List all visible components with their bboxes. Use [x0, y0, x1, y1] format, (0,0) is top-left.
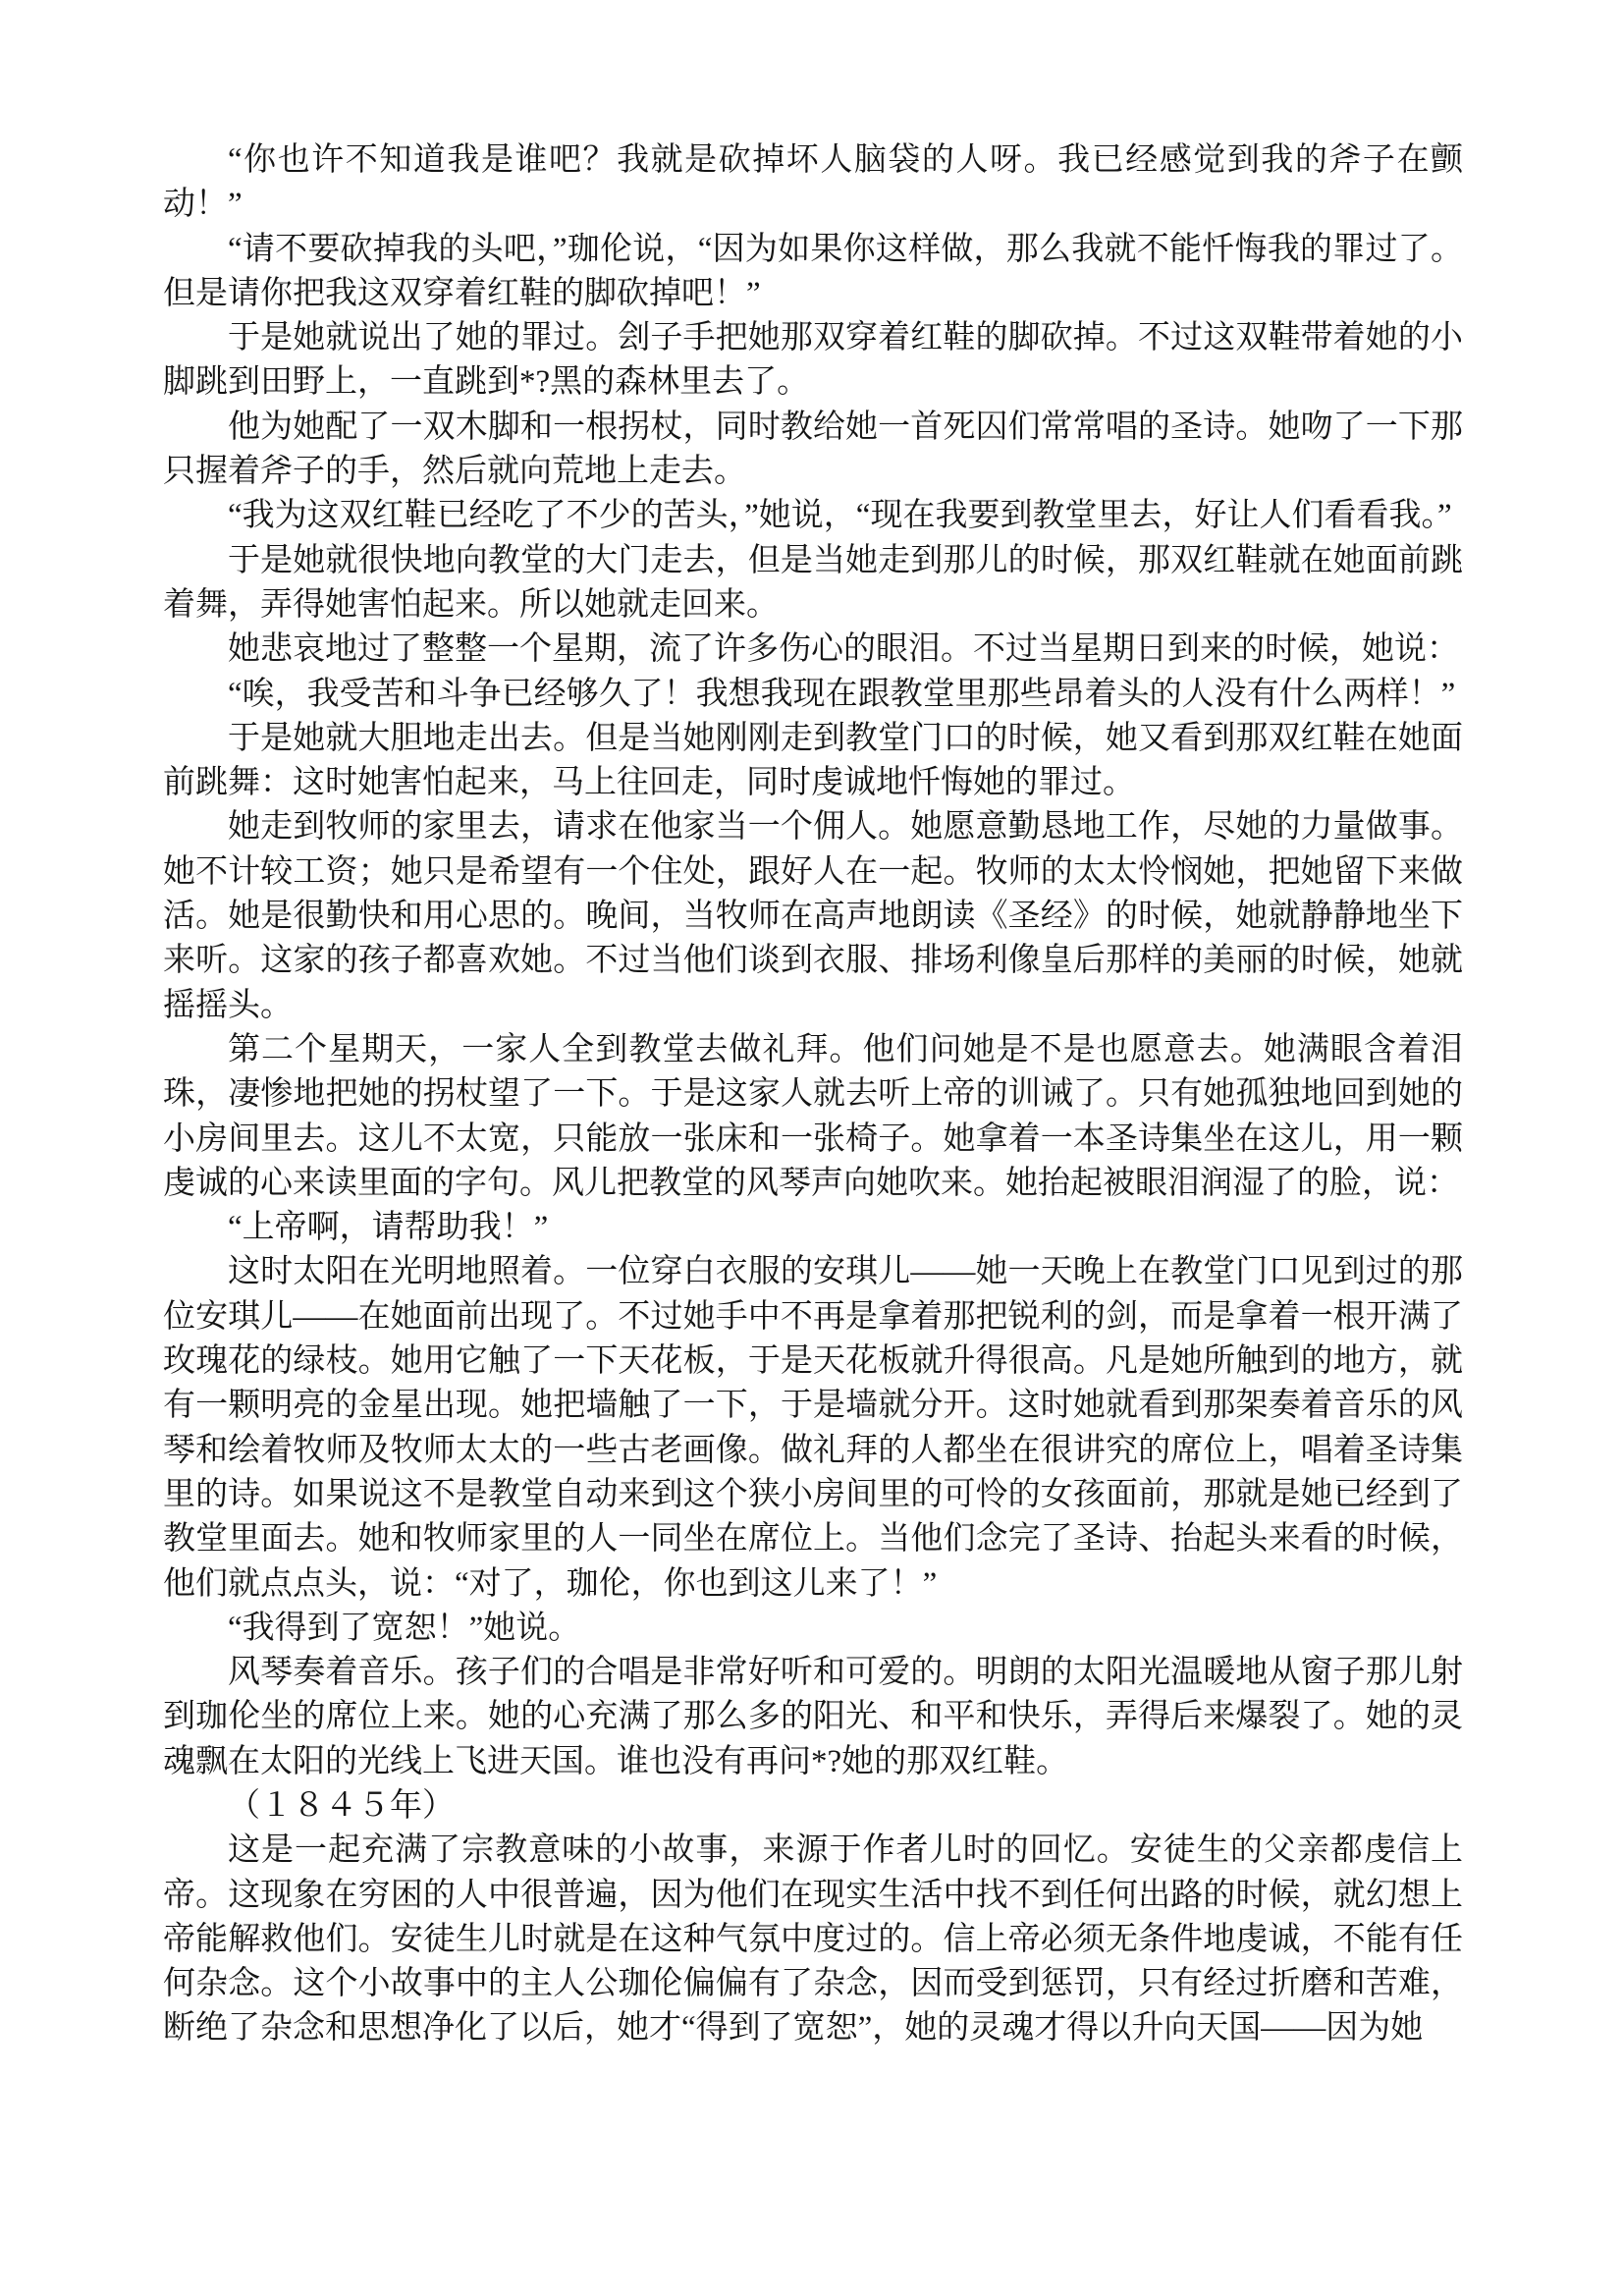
paragraph: “我为这双红鞋已经吃了不少的苦头，”她说，“现在我要到教堂里去，好让人们看看我。…: [163, 494, 1463, 538]
document-page: “你也许不知道我是谁吧？我就是砍掉坏人脑袋的人呀。我已经感觉到我的斧子在颤动！”…: [0, 0, 1623, 2296]
paragraph: 她走到牧师的家里去，请求在他家当一个佣人。她愿意勤恳地工作，尽她的力量做事。她不…: [163, 805, 1463, 1027]
paragraph: 他为她配了一双木脚和一根拐杖，同时教给她一首死囚们常常唱的圣诗。她吻了一下那只握…: [163, 406, 1463, 495]
paragraph: 于是她就很快地向教堂的大门走去，但是当她走到那儿的时候，那双红鞋就在她面前跳着舞…: [163, 539, 1463, 629]
paragraph: 于是她就大胆地走出去。但是当她刚刚走到教堂门口的时候，她又看到那双红鞋在她面前跳…: [163, 717, 1463, 806]
paragraph: 于是她就说出了她的罪过。刽子手把她那双穿着红鞋的脚砍掉。不过这双鞋带着她的小脚跳…: [163, 316, 1463, 406]
paragraph: “你也许不知道我是谁吧？我就是砍掉坏人脑袋的人呀。我已经感觉到我的斧子在颤动！”: [163, 138, 1463, 228]
paragraph: 第二个星期天，一家人全到教堂去做礼拜。他们问她是不是也愿意去。她满眼含着泪珠，凄…: [163, 1028, 1463, 1206]
paragraph: “唉，我受苦和斗争已经够久了！我想我现在跟教堂里那些昂着头的人没有什么两样！”: [163, 673, 1463, 717]
paragraph: 这时太阳在光明地照着。一位穿白衣服的安琪儿——她一天晚上在教堂门口见到过的那位安…: [163, 1250, 1463, 1606]
paragraph: 她悲哀地过了整整一个星期，流了许多伤心的眼泪。不过当星期日到来的时候，她说：: [163, 628, 1463, 672]
paragraph: 风琴奏着音乐。孩子们的合唱是非常好听和可爱的。明朗的太阳光温暖地从窗子那儿射到珈…: [163, 1651, 1463, 1784]
paragraph: 这是一起充满了宗教意味的小故事，来源于作者儿时的回忆。安徒生的父亲都虔信上帝。这…: [163, 1829, 1463, 2050]
story-text: “你也许不知道我是谁吧？我就是砍掉坏人脑袋的人呀。我已经感觉到我的斧子在颤动！”…: [163, 138, 1463, 2051]
paragraph: “请不要砍掉我的头吧，”珈伦说，“因为如果你这样做，那么我就不能忏悔我的罪过了。…: [163, 228, 1463, 317]
paragraph: “我得到了宽恕！”她说。: [163, 1607, 1463, 1651]
paragraph: （１８４５年）: [163, 1784, 1463, 1829]
paragraph: “上帝啊，请帮助我！”: [163, 1206, 1463, 1250]
